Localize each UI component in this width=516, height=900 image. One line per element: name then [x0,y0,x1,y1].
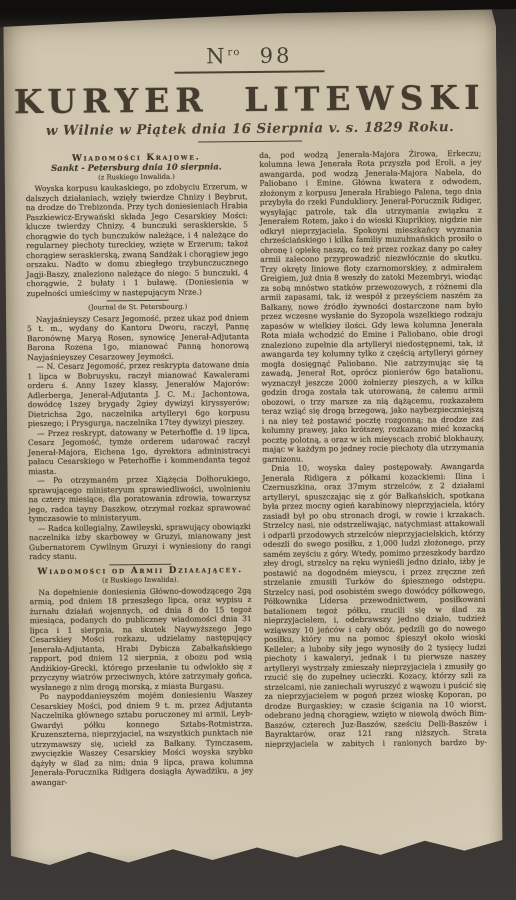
left-column: Wiadomości Krajowe. Sankt - Petersburg d… [25,151,253,788]
article-paragraph: Na dopełnienie doniesienia Główno-dowodz… [29,586,252,693]
right-column: da, pod wodzą Jenerała-Majora Żirowa, Er… [259,149,487,786]
article-columns: Wiadomości Krajowe. Sankt - Petersburg d… [3,140,503,788]
article-paragraph: da, pod wodzą Jenerała-Majora Żirowa, Er… [259,149,484,465]
article-paragraph: — Radca kollegialny, Zawileyski, sprawuj… [29,522,251,562]
masthead: Nro 98 KURYER LITEWSKI w Wilnie w Piątek… [2,9,497,145]
article-paragraph: Po naypoddanieyszém mojém doniesieniu Wa… [30,691,253,788]
issue-superscript: ro [227,47,240,58]
section-divider-rule [107,300,169,302]
issue-value: 98 [260,44,293,68]
article-paragraph: — N. Cesarz Jegomość, przez reskrypta da… [27,361,250,430]
newspaper-page: Nro 98 KURYER LITEWSKI w Wilnie w Piątek… [2,9,504,872]
issue-prefix: N [206,44,228,68]
article-paragraph: — Po otrzymaném przez Xiążęcia Dołhoruki… [28,475,250,525]
newspaper-title: KURYER LITEWSKI [3,77,497,121]
article-paragraph: Woyska korpusu kaukaskiego, po zdobyciu … [26,183,249,299]
scan-background: Nro 98 KURYER LITEWSKI w Wilnie w Piątek… [0,0,516,900]
article-paragraph: — Przez reskrypt, datowany w Peterhoffie… [28,427,250,477]
masthead-dateline: w Wilnie w Piątek dnia 16 Sierpnia v. s.… [3,118,497,139]
article-paragraph: Dnia 10, woyska daley postępowały. Awang… [262,462,487,749]
article-paragraph: Nayjaśnieyszy Cesarz Jegomość, przez uka… [27,313,249,363]
masthead-rule-top [174,70,324,73]
